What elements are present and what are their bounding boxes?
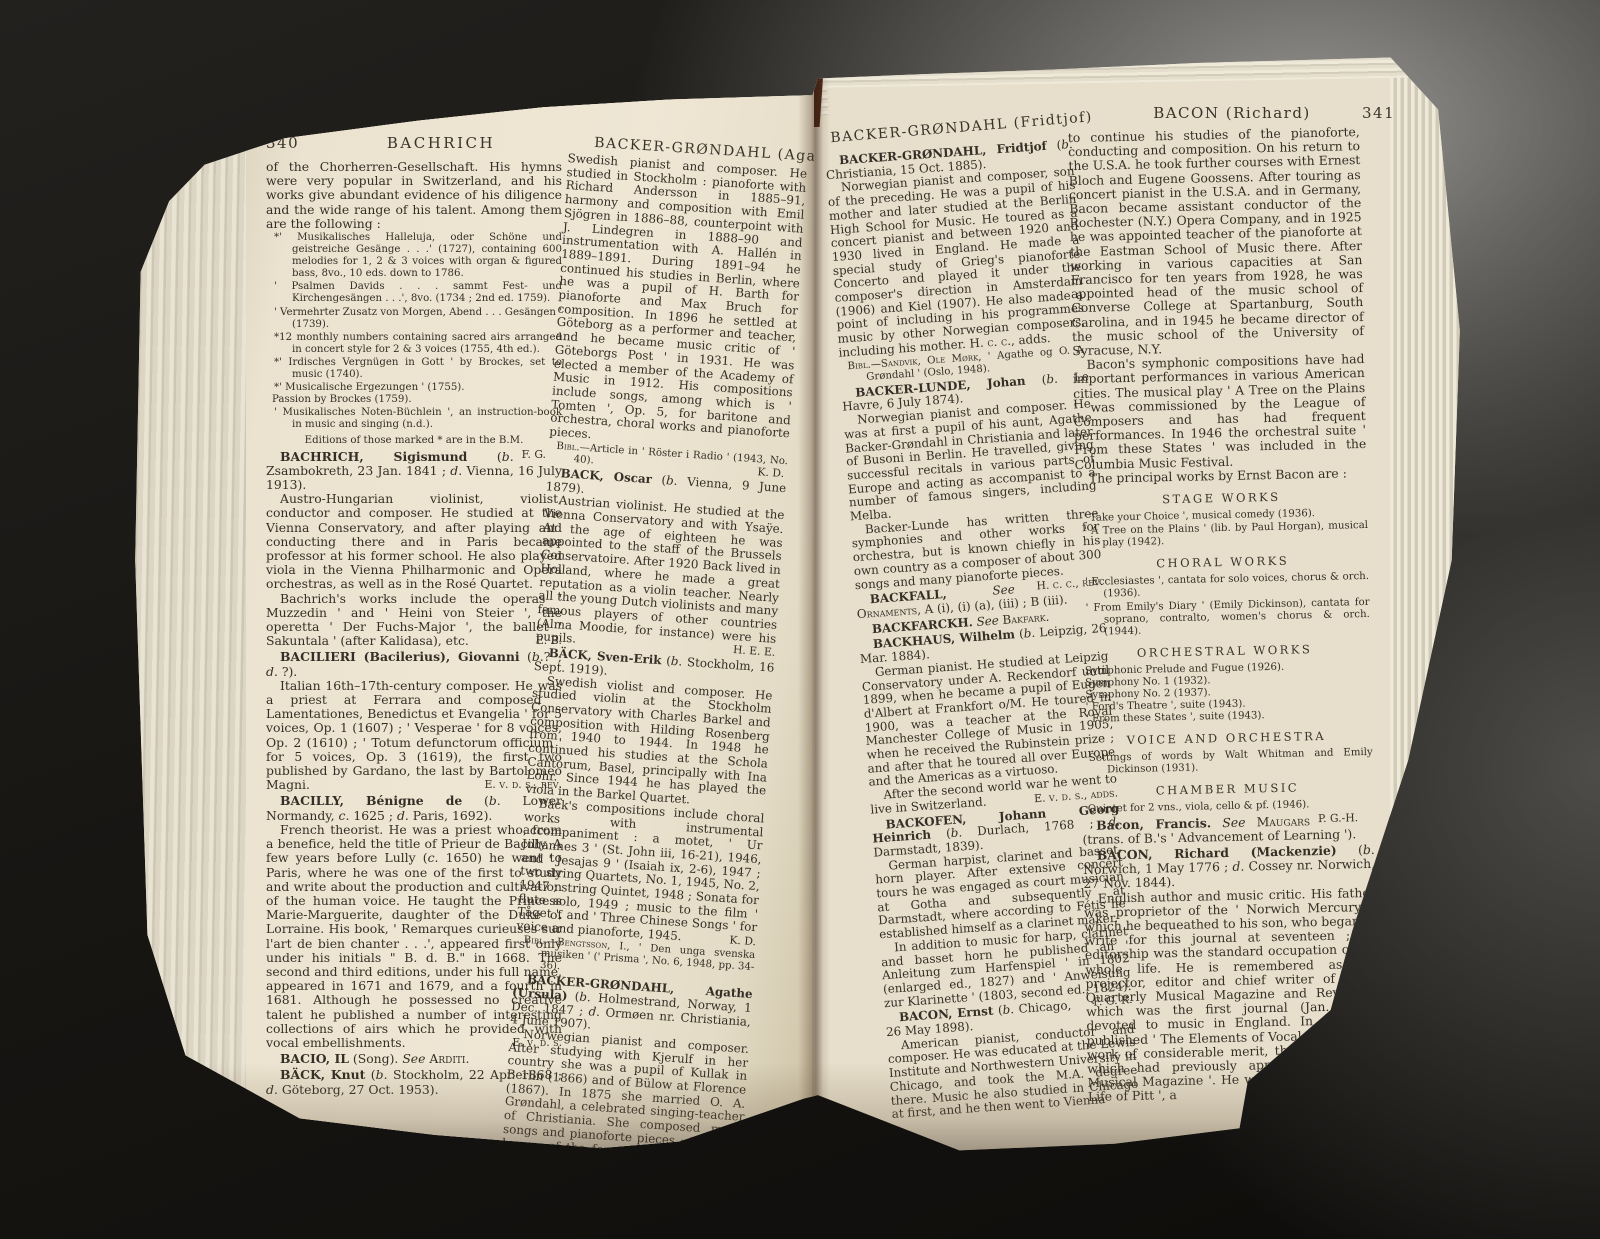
paragraph: Passion by Brockes (1759). [266, 394, 562, 406]
contributor-initials: P. G.-H. [1318, 811, 1358, 825]
paragraph: Bäck's compositions include choral works… [516, 796, 765, 949]
paragraph: STAGE WORKS [1075, 488, 1367, 508]
paragraph: Norwegian pianist and composer, son of t… [827, 165, 1087, 360]
paragraph: *' Irdisches Vergnügen in Gott ' by Broc… [266, 357, 562, 381]
paragraph: *' Musicalische Ergezungen ' (1755). [266, 382, 562, 394]
paragraph: ' A Tree on the Plains ' (lib. by Paul H… [1076, 520, 1368, 550]
entry-paragraph: BACILLY, Bénigne de (b. Lower Normandy, … [266, 794, 562, 822]
paragraph: ORCHESTRAL WORKS [1078, 641, 1370, 661]
paragraph: VOICE AND ORCHESTRA [1080, 728, 1372, 748]
paragraph: Norwegian pianist and composer. He was a… [843, 398, 1098, 525]
entry-paragraph: BACHRICH, Sigismund (b. Zsambokreth, 23 … [266, 450, 562, 493]
paragraph: Italian 16th–17th-century composer. He w… [266, 679, 562, 793]
paragraph: ' Musikalisches Noten-Büchlein ', an ins… [266, 407, 562, 431]
page-number-right: 341 [1362, 104, 1394, 122]
paragraph: CHORAL WORKS [1077, 552, 1369, 572]
paragraph: Editions of those marked * are in the B.… [266, 432, 562, 448]
contributor-initials: F. G. [522, 448, 546, 461]
text-column-4: to continue his studies of the pianofort… [1068, 125, 1381, 1121]
paragraph: ' Vermehrter Zusatz von Morgen, Abend . … [266, 307, 562, 331]
paragraph: Austrian violinist. He studied at the Vi… [535, 494, 784, 660]
paragraph: of the Chorherren-Gesellschaft. His hymn… [266, 160, 562, 231]
paragraph: *' Musikalisches Halleluja, oder Schöne … [266, 232, 562, 280]
running-head-right-col2: BACON (Richard) [1112, 104, 1352, 122]
paragraph: Swedish pianist and composer. He studied… [549, 152, 808, 455]
open-book: 340 BACHRICH BACKER-GRØNDAHL (Agathe) of… [108, 52, 1468, 1157]
paragraph: ' From Emily's Diary ' (Emily Dickinson)… [1078, 596, 1371, 638]
paragraph: Swedish violist and composer. He studied… [525, 673, 773, 812]
photo-background: 340 BACHRICH BACKER-GRØNDAHL (Agathe) of… [0, 0, 1600, 1239]
paragraph: ' Psalmen Davids . . . sammt Fest- und K… [266, 281, 562, 305]
paragraph: Austro-Hungarian violinist, violist, con… [266, 492, 562, 591]
book-gutter-shadow [798, 52, 830, 1157]
right-page: BACKER-GRØNDAHL (Fridtjof) BACON (Richar… [814, 66, 1394, 1144]
bottom-page-edge-shade [108, 1062, 1468, 1157]
paragraph: *12 monthly numbers containing sacred ai… [266, 332, 562, 356]
paragraph: Bachrich's works include the operas ' Mu… [266, 592, 562, 649]
paragraph: CHAMBER MUSIC [1081, 779, 1373, 799]
page-number-left: 340 [266, 134, 299, 152]
contributor-initials: K. D. [715, 933, 756, 949]
contributor-initials: K. D. [775, 467, 787, 480]
paragraph: to continue his studies of the pianofort… [1068, 125, 1365, 358]
entry-paragraph: BACON, Richard (Mackenzie) (b. Norwich, … [1083, 843, 1376, 892]
paragraph: Settings of words by Walt Whitman and Em… [1081, 747, 1373, 777]
left-page: 340 BACHRICH BACKER-GRØNDAHL (Agathe) of… [246, 90, 814, 1152]
fore-edge-right [1390, 52, 1470, 1132]
running-head-left-col1: BACHRICH [316, 134, 566, 152]
entry-paragraph: BACILIERI (Bacilerius), Giovanni (b.? ; … [266, 650, 562, 678]
paragraph: Backer-Lunde has written three symphonie… [851, 507, 1103, 593]
paragraph: Bacon's symphonic compositions have had … [1072, 352, 1366, 472]
